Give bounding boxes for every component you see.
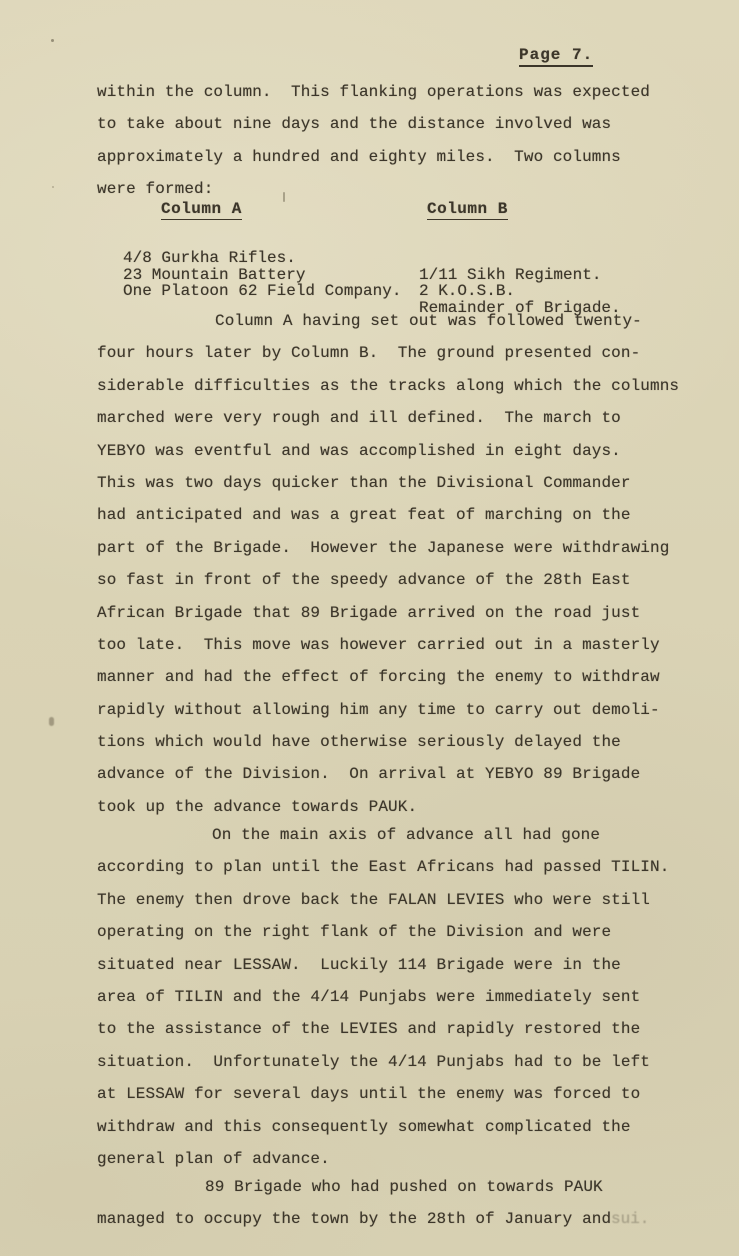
paragraph-3: On the main axis of advance all had gone… [97,819,697,1175]
text-line: 89 Brigade who had pushed on towards PAU… [97,1171,697,1203]
column-a-cell: One Platoon 62 Field Company. [123,283,401,299]
text-line: manner and had the effect of forcing the… [97,661,697,693]
margin-mark [49,717,54,726]
text-line: so fast in front of the speedy advance o… [97,564,697,596]
text-line: area of TILIN and the 4/14 Punjabs were … [97,981,697,1013]
page-number-label: Page 7. [519,46,593,67]
paper-speck [51,39,54,42]
paragraph-2: Column A having set out was followed twe… [97,305,697,823]
text-line: advance of the Division. On arrival at Y… [97,758,697,790]
text-line: This was two days quicker than the Divis… [97,467,697,499]
paragraph-1: within the column. This flanking operati… [97,76,697,206]
text-line: rapidly without allowing him any time to… [97,694,697,726]
text-line: too late. This move was however carried … [97,629,697,661]
typewritten-document-page: Page 7. within the column. This flanking… [0,0,739,1256]
text-line: to the assistance of the LEVIES and rapi… [97,1013,697,1045]
stray-tick-mark [283,192,285,202]
text-line: to take about nine days and the distance… [97,108,697,140]
text-line: situation. Unfortunately the 4/14 Punjab… [97,1046,697,1078]
text-line: had anticipated and was a great feat of … [97,499,697,531]
table-row: 23 Mountain Battery 2 K.O.S.B. [97,250,697,266]
table-row: One Platoon 62 Field Company. Remainder … [97,267,697,283]
text-line: managed to occupy the town by the 28th o… [97,1203,697,1235]
faded-text-fragment: sui. [611,1203,649,1235]
paper-speck [52,186,54,188]
text-line: approximately a hundred and eighty miles… [97,141,697,173]
text-line: Column A having set out was followed twe… [97,305,697,337]
paragraph-4: 89 Brigade who had pushed on towards PAU… [97,1171,697,1236]
text-line: siderable difficulties as the tracks alo… [97,370,697,402]
column-a-header: Column A [161,200,242,220]
text-line: within the column. This flanking operati… [97,76,697,108]
text-line: operating on the right flank of the Divi… [97,916,697,948]
text-line: situated near LESSAW. Luckily 114 Brigad… [97,949,697,981]
text-line: YEBYO was eventful and was accomplished … [97,435,697,467]
text-line: African Brigade that 89 Brigade arrived … [97,597,697,629]
text-line: according to plan until the East African… [97,851,697,883]
text-line: four hours later by Column B. The ground… [97,337,697,369]
column-b-header: Column B [427,200,508,220]
text-line: tions which would have otherwise serious… [97,726,697,758]
column-b-cell: 2 K.O.S.B. [419,283,515,299]
text-line: withdraw and this consequently somewhat … [97,1111,697,1143]
text-line: The enemy then drove back the FALAN LEVI… [97,884,697,916]
text-line: part of the Brigade. However the Japanes… [97,532,697,564]
columns-table-rows: 4/8 Gurkha Rifles. 1/11 Sikh Regiment. 2… [97,234,697,283]
table-row: 4/8 Gurkha Rifles. 1/11 Sikh Regiment. [97,234,697,250]
text-line: marched were very rough and ill defined.… [97,402,697,434]
columns-table-header: Column A Column B [97,200,657,224]
text-line: at LESSAW for several days until the ene… [97,1078,697,1110]
text-line: On the main axis of advance all had gone [97,819,697,851]
